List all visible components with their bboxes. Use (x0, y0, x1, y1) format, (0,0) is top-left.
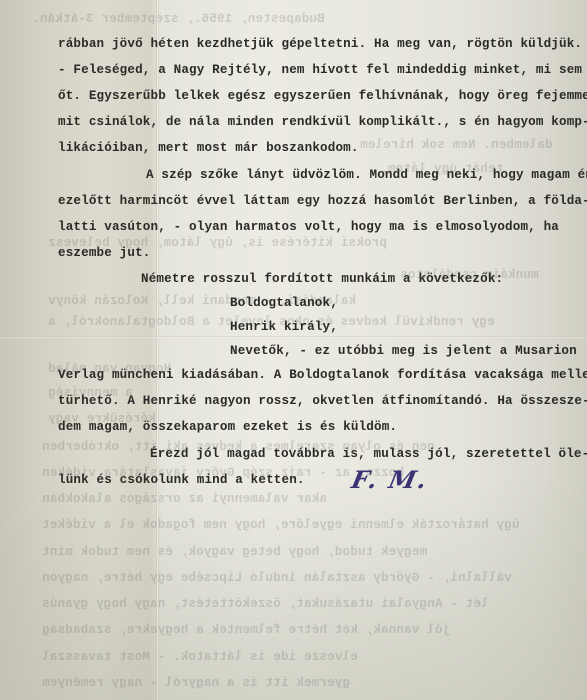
bleed-through-line: úgy határozták elmenni egyelőre, hogy ne… (42, 518, 519, 532)
bleed-through-header: Budapesten, 1956., szeptember 3-átkán. (32, 12, 325, 26)
bleed-through-line: jól vannak, két hétre felmentek a hegyek… (42, 623, 450, 637)
vertical-fold-crease (156, 0, 159, 700)
letter-line: türhető. A Henriké nagyon rossz, okvetle… (58, 394, 587, 408)
letter-line: Németre rosszul fordított munkáim a köve… (141, 272, 503, 286)
handwritten-signature: F. M. (349, 465, 431, 494)
letter-line: mit csinálok, de nála minden rendkívül k… (58, 115, 587, 129)
letter-line: - Feleséged, a Nagy Rejtély, nem hívott … (58, 63, 582, 77)
bleed-through-line: dalemben. Nem sok hirelem (360, 138, 553, 152)
bleed-through-line: lét - Angyalai utazásukat, öszeköttetést… (42, 597, 489, 611)
letter-line: likációiban, mert most már boszankodom. (58, 141, 359, 155)
letter-line: rábban jövő héten kezdhetjük gépeltetni.… (58, 37, 582, 51)
letter-line: ezelőtt harmincöt évvel láttam egy hozzá… (58, 194, 587, 208)
bleed-through-line: vállalni, - Győrdy asztalán induló Lipcs… (42, 571, 512, 585)
letter-line: Érezd jól magad továbbra is, mulass jól,… (150, 447, 587, 461)
bleed-through-line: akar valamennyi az országos alakokban (42, 492, 327, 506)
letter-line: A szép szőke lányt üdvözlöm. Mondd meg n… (146, 168, 587, 182)
letter-line: őt. Egyszerűbb lelkek egész egyszerűen f… (58, 89, 587, 103)
letter-line: latti vasúton, - olyan harmatos volt, ho… (58, 220, 559, 234)
bleed-through-line: gyermek itt is a nagyról - nagy reményem (42, 676, 350, 690)
letter-list-item: Boldogtalanok, (230, 296, 338, 310)
paper-shadow (0, 480, 587, 700)
bleed-through-line: megyek tudod, hogy beteg vagyok, és nem … (42, 545, 427, 559)
letter-line: dem magam, összekaparom ezeket is és kül… (58, 420, 397, 434)
letter-list-item: Henrik király, (230, 320, 338, 334)
horizontal-fold-crease (0, 336, 587, 339)
letter-line: eszembe jut. (58, 246, 151, 260)
bleed-through-line: elvesze ide is láttatok. - Most tavassza… (42, 650, 358, 664)
letter-list-item: Nevetők, - ez utóbbi meg is jelent a Mus… (230, 344, 577, 358)
letter-line: lünk és csókolunk mind a ketten. (58, 473, 305, 487)
letter-line: Verlag müncheni kiadásában. A Boldogtala… (58, 368, 587, 382)
